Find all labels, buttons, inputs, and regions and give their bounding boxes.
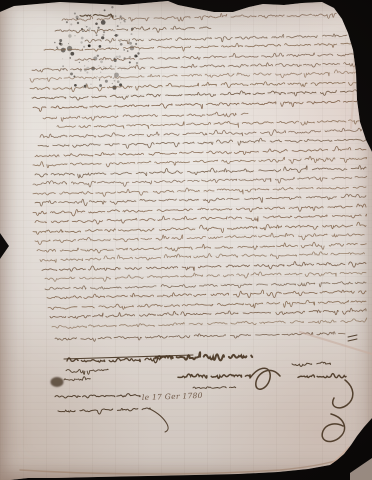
handwriting-line bbox=[48, 300, 366, 309]
stamp-speckle bbox=[105, 80, 108, 83]
stamp-speckle bbox=[101, 20, 106, 25]
stamp-speckle bbox=[68, 43, 69, 44]
stamp-speckle bbox=[129, 65, 130, 66]
handwriting-line bbox=[33, 186, 366, 196]
stamp-speckle bbox=[130, 46, 135, 51]
stamp-speckle bbox=[88, 44, 91, 47]
signature-block bbox=[55, 335, 357, 442]
second-signature bbox=[298, 374, 346, 378]
heading-word bbox=[80, 14, 113, 18]
stamp-speckle bbox=[90, 84, 91, 85]
stamp-speckle bbox=[116, 56, 118, 58]
stamp-speckle bbox=[120, 15, 122, 17]
stamp-speckle bbox=[121, 69, 122, 70]
stamp-speckle bbox=[114, 30, 115, 31]
handwriting-line bbox=[40, 252, 364, 263]
right-paraph bbox=[322, 380, 353, 442]
handwriting-line bbox=[47, 290, 366, 299]
photo-frame: le 17 Ger 1780 bbox=[0, 0, 372, 480]
stamp-speckle bbox=[85, 26, 86, 27]
stamp-speckle bbox=[101, 36, 104, 39]
notary-signature bbox=[178, 374, 250, 378]
stamp-speckle bbox=[88, 27, 91, 30]
stamp-speckle bbox=[129, 61, 131, 63]
handwriting-line bbox=[33, 222, 366, 234]
stamp-speckle bbox=[137, 52, 139, 54]
stamp-speckle bbox=[97, 55, 99, 57]
stamp-speckle bbox=[66, 21, 68, 23]
stamp-speckle bbox=[57, 48, 58, 49]
stamp-speckle bbox=[115, 34, 118, 37]
stamp-speckle bbox=[119, 19, 120, 20]
stamp-speckle bbox=[99, 79, 100, 80]
handwriting-line bbox=[50, 308, 366, 318]
stamp-speckle bbox=[70, 52, 74, 56]
handwriting-line bbox=[38, 138, 366, 148]
stamp-speckle bbox=[79, 62, 80, 63]
handwriting-line bbox=[44, 43, 366, 51]
stamp-speckle bbox=[95, 22, 98, 25]
crease-lines bbox=[20, 6, 372, 474]
stamp-speckle bbox=[110, 65, 112, 67]
handwriting-line bbox=[33, 156, 367, 167]
crease-bottom bbox=[20, 460, 338, 474]
sum-line bbox=[58, 408, 150, 414]
stamp-speckle bbox=[123, 49, 125, 51]
manuscript-art: le 17 Ger 1780 bbox=[0, 0, 372, 480]
crease-diagonal-right bbox=[300, 332, 372, 354]
stamp-speckle bbox=[74, 12, 76, 14]
stamp-speckle bbox=[86, 26, 87, 27]
stamp-speckle bbox=[117, 80, 120, 83]
pro-deo-mark bbox=[292, 362, 331, 366]
stamp-speckle bbox=[89, 31, 90, 32]
stamp-speckle bbox=[114, 80, 116, 82]
stamp-speckle bbox=[80, 41, 82, 43]
date-fragment-text: le 17 Ger 1780 bbox=[142, 391, 203, 402]
ink-blot bbox=[51, 377, 64, 387]
crease-right-edge bbox=[351, 6, 354, 128]
stamp-speckle bbox=[103, 31, 105, 33]
stamp-speckle bbox=[136, 62, 138, 64]
stamp-speckle bbox=[98, 65, 99, 66]
stamp-speckle bbox=[117, 34, 118, 35]
stamp-speckle bbox=[99, 12, 100, 13]
stamp-speckle bbox=[102, 34, 104, 36]
handwriting-line bbox=[35, 194, 366, 206]
stamp-speckle bbox=[124, 21, 126, 23]
handwriting-block bbox=[30, 13, 367, 341]
notary-subscript bbox=[193, 387, 236, 389]
handwriting-line bbox=[40, 128, 366, 138]
stamp-speckle bbox=[98, 27, 100, 29]
handwriting-line bbox=[33, 100, 366, 111]
place-date-squiggle bbox=[55, 394, 140, 398]
handwriting-line bbox=[43, 112, 248, 121]
stamp-speckle bbox=[70, 72, 73, 75]
stamp-speckle bbox=[136, 55, 138, 57]
stamp-speckle bbox=[69, 57, 70, 58]
handwriting-line bbox=[55, 26, 211, 33]
stamp-speckle bbox=[135, 43, 137, 45]
stamp-speckle bbox=[111, 6, 113, 8]
stamp-speckle bbox=[129, 42, 132, 45]
stamp-speckle bbox=[119, 41, 121, 43]
stamp-speckle bbox=[103, 66, 104, 67]
stamp-speckle bbox=[68, 34, 71, 37]
handwriting-line bbox=[45, 272, 366, 281]
stamp-speckle bbox=[81, 37, 84, 40]
stamp-speckle bbox=[62, 58, 63, 59]
stamp-speckle bbox=[99, 84, 102, 87]
handwriting-line bbox=[45, 282, 366, 290]
stamp-speckle bbox=[97, 76, 98, 77]
handwriting-line bbox=[35, 214, 367, 224]
sum-tail bbox=[150, 409, 168, 432]
handwriting-line bbox=[30, 70, 366, 82]
handwriting-line bbox=[33, 176, 367, 187]
stamp-speckle bbox=[82, 31, 83, 32]
stamp-speckle bbox=[60, 43, 63, 46]
handwriting-line bbox=[35, 165, 366, 177]
handwriting-line bbox=[37, 242, 366, 253]
stamp-speckle bbox=[67, 46, 72, 51]
stamp-speckle bbox=[100, 60, 103, 63]
stamp-speckle bbox=[131, 33, 133, 35]
stamp-speckle bbox=[120, 43, 123, 46]
stamp-speckle bbox=[74, 84, 77, 87]
stamp-speckle bbox=[115, 66, 116, 67]
stamp-speckle bbox=[70, 23, 72, 25]
stamp-speckle bbox=[60, 41, 61, 42]
memo-line-2 bbox=[64, 377, 90, 381]
handwriting-line bbox=[42, 262, 366, 272]
stamp-speckle bbox=[115, 15, 117, 17]
stamp-speckle bbox=[83, 46, 85, 48]
stamp-speckle bbox=[99, 45, 102, 48]
stamp-speckle bbox=[120, 78, 121, 79]
stamp bbox=[54, 6, 140, 90]
stamp-speckle bbox=[84, 65, 85, 66]
stamp-speckle bbox=[54, 42, 56, 44]
stamp-speckle bbox=[114, 73, 119, 78]
handwriting-line bbox=[33, 204, 366, 216]
handwriting-line bbox=[32, 89, 366, 101]
stamp-speckle bbox=[112, 83, 113, 84]
stamp-speckle bbox=[120, 22, 121, 23]
notary-paraph bbox=[250, 368, 280, 389]
stamp-speckle bbox=[88, 61, 89, 62]
stamp-speckle bbox=[86, 72, 88, 74]
stamp-speckle bbox=[75, 35, 76, 36]
stamp-speckle bbox=[62, 65, 64, 67]
principal-signature bbox=[155, 352, 252, 360]
handwriting-line bbox=[52, 318, 367, 328]
stamp-speckle bbox=[118, 55, 121, 58]
stamp-speckle bbox=[113, 77, 115, 79]
handwriting-line bbox=[85, 33, 366, 44]
handwriting-line bbox=[32, 62, 366, 72]
stamp-speckle bbox=[96, 34, 98, 36]
handwriting-line bbox=[62, 13, 366, 21]
stamp-speckle bbox=[100, 72, 101, 73]
stamp-speckle bbox=[104, 9, 106, 11]
stamp-speckle bbox=[127, 50, 129, 52]
handwriting-line bbox=[35, 146, 366, 157]
stamp-speckle bbox=[139, 49, 140, 50]
stamp-speckle bbox=[125, 69, 126, 70]
stamp-speckle bbox=[117, 25, 119, 27]
stamp-speckle bbox=[77, 22, 79, 24]
tear-edge-highlight bbox=[331, 447, 349, 464]
end-mark bbox=[348, 335, 357, 341]
handwriting-line bbox=[57, 120, 366, 129]
handwriting-line bbox=[30, 82, 366, 92]
memo-line-1 bbox=[66, 369, 108, 374]
